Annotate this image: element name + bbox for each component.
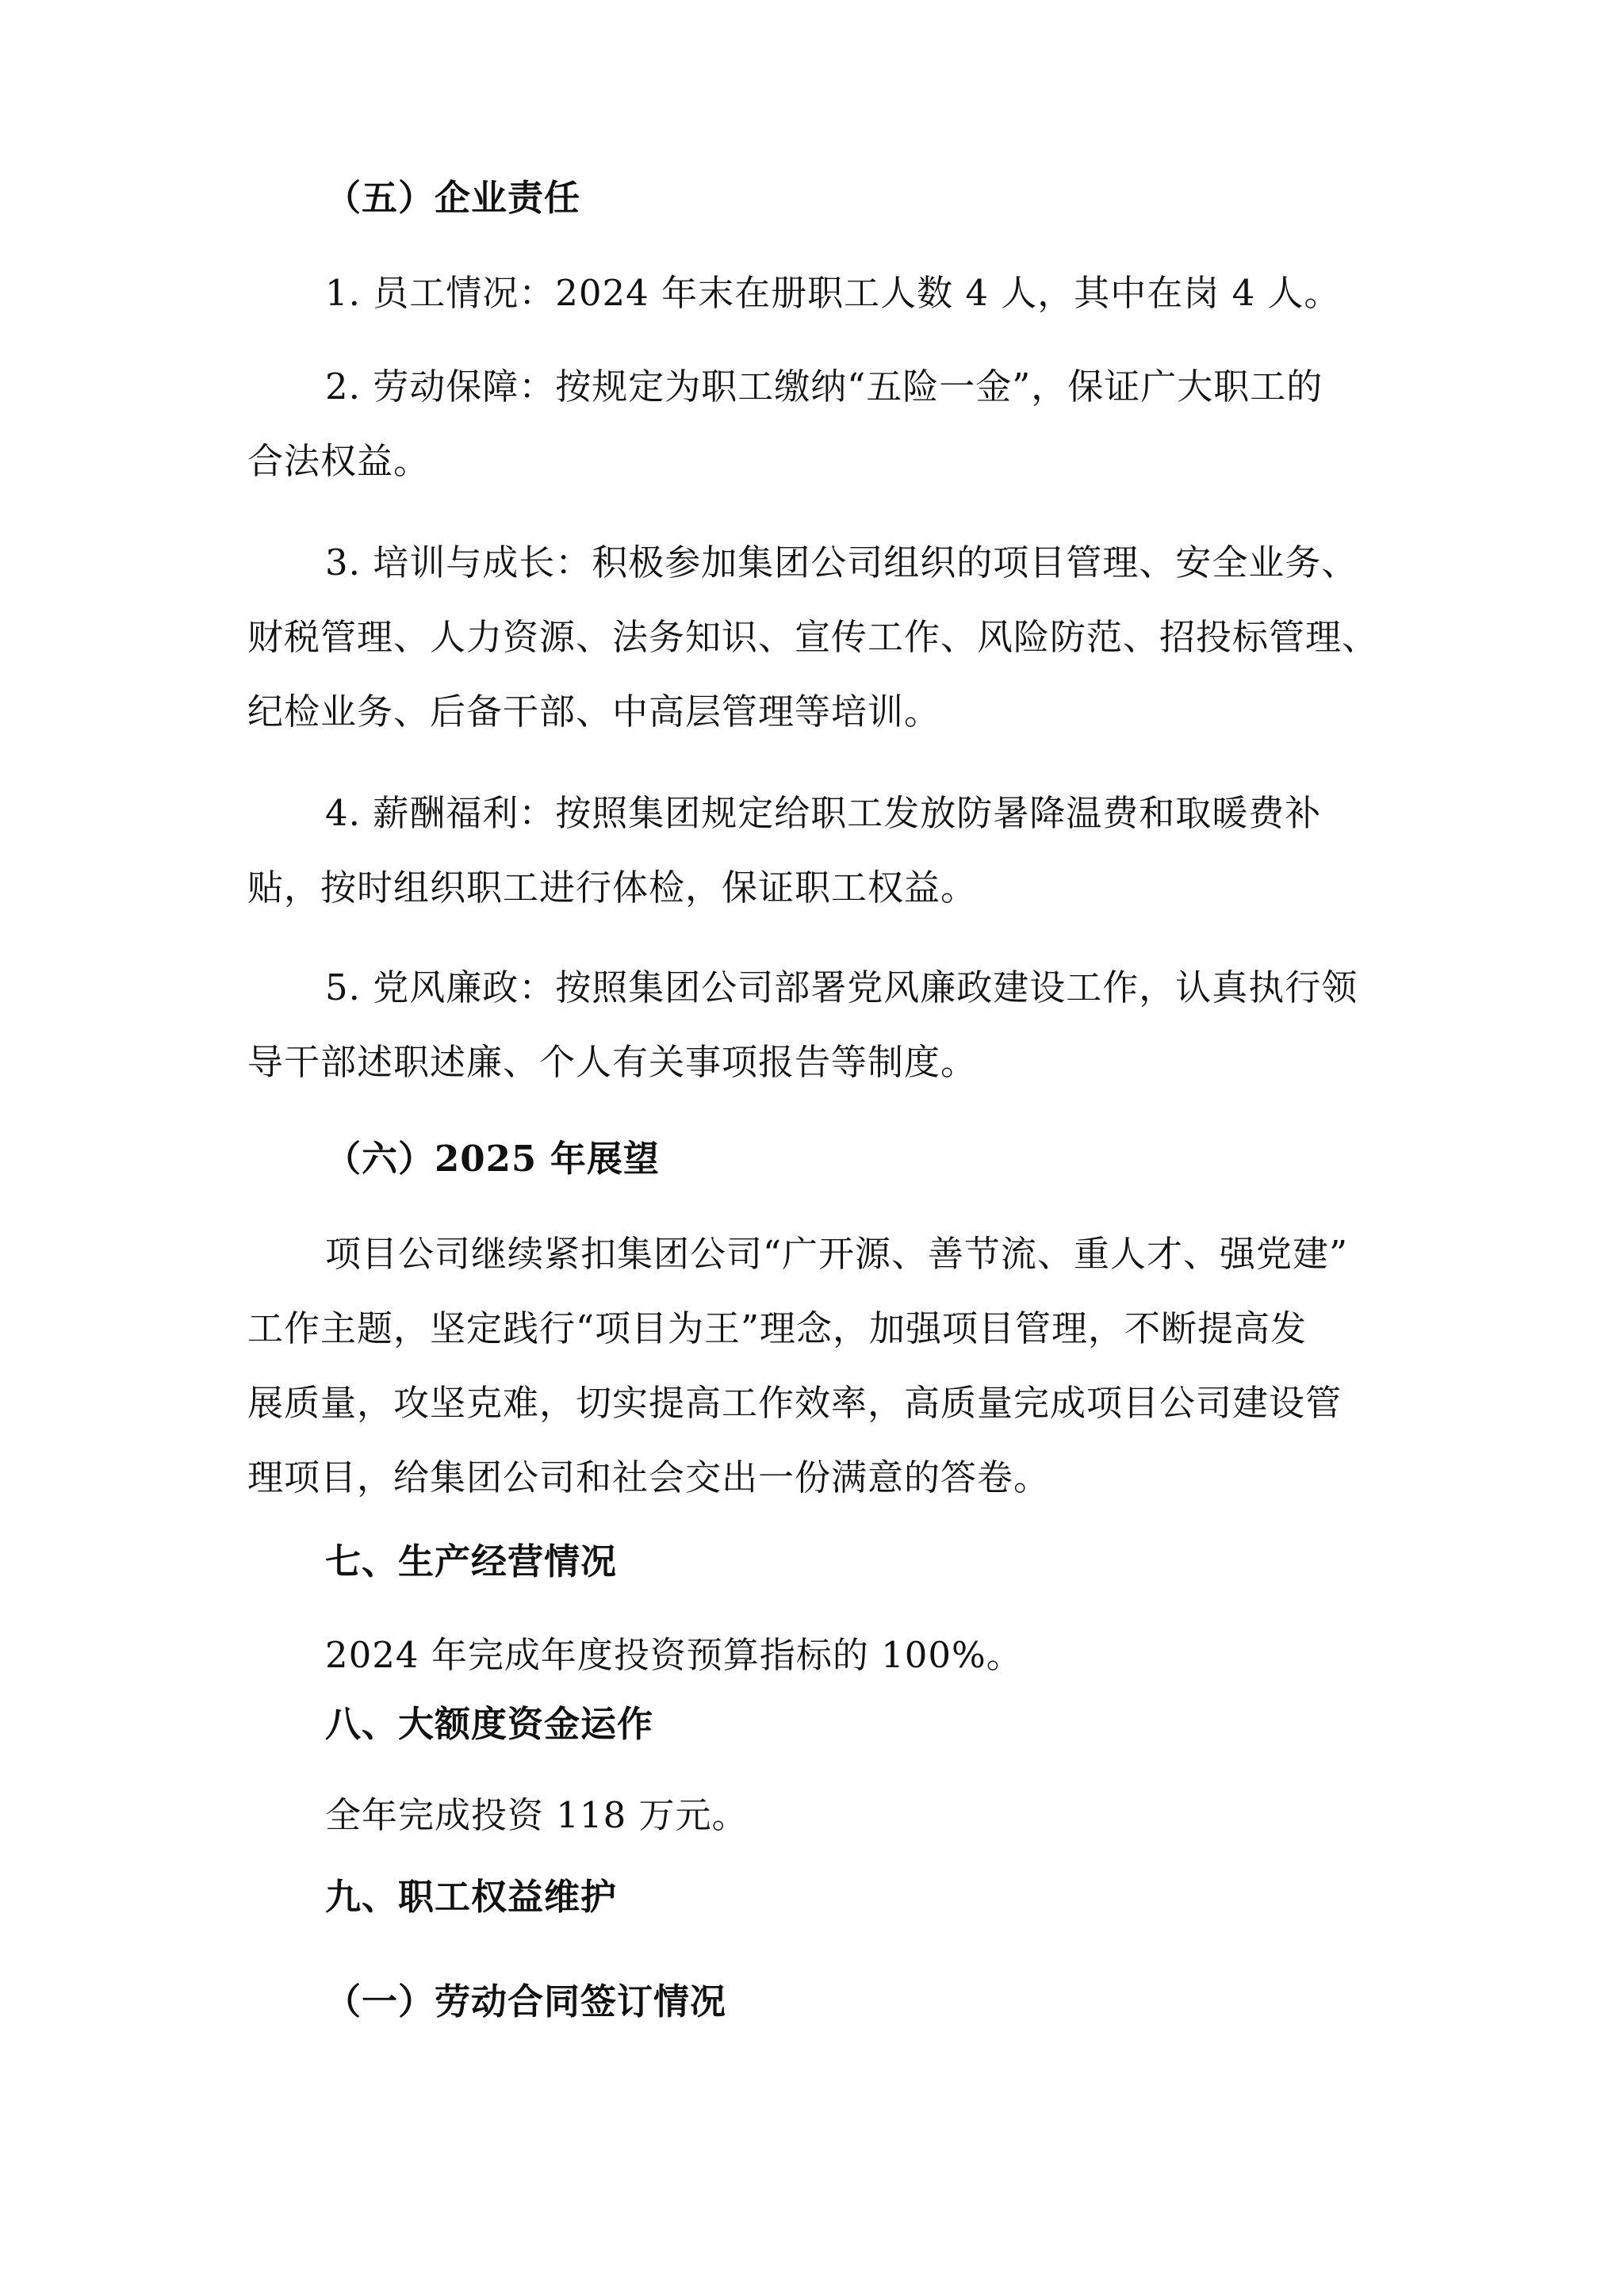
- paragraph-compensation-line-2: 贴，按时组织职工进行体检，保证职工权益。: [247, 864, 1381, 912]
- paragraph-integrity-line-2: 导干部述职述廉、个人有关事项报告等制度。: [247, 1039, 1381, 1086]
- paragraph-compensation-line-1: 4. 薪酬福利：按照集团规定给职工发放防暑降温费和取暖费补: [325, 790, 1381, 837]
- section-heading-2025-outlook: （六）2025 年展望: [325, 1135, 1459, 1183]
- paragraph-training-line-1: 3. 培训与成长：积极参加集团公司组织的项目管理、安全业务、: [325, 539, 1381, 587]
- paragraph-training-line-3: 纪检业务、后备干部、中高层管理等培训。: [247, 688, 1381, 736]
- paragraph-labor-protection-line-2: 合法权益。: [247, 438, 1381, 485]
- paragraph-training-line-2: 财税管理、人力资源、法务知识、宣传工作、风险防范、招投标管理、: [247, 614, 1381, 661]
- paragraph-outlook-line-1: 项目公司继续紧扣集团公司“广开源、善节流、重人才、强党建”: [325, 1230, 1381, 1278]
- section-heading-production-operations: 七、生产经营情况: [325, 1538, 1381, 1586]
- paragraph-outlook-line-3: 展质量，攻坚克难，切实提高工作效率，高质量完成项目公司建设管: [247, 1380, 1381, 1427]
- section-heading-labor-contracts: （一）劳动合同签订情况: [325, 1978, 1459, 2026]
- paragraph-outlook-line-2: 工作主题，坚定践行“项目为王”理念，加强项目管理，不断提高发: [247, 1305, 1381, 1353]
- paragraph-investment-budget: 2024 年完成年度投资预算指标的 100%。: [325, 1632, 1381, 1679]
- section-heading-employee-rights: 九、职工权益维护: [325, 1873, 1381, 1921]
- paragraph-labor-protection-line-1: 2. 劳动保障：按规定为职工缴纳“五险一金”，保证广大职工的: [325, 363, 1381, 411]
- paragraph-employee-status-line-1: 1. 员工情况：2024 年末在册职工人数 4 人，其中在岗 4 人。: [325, 270, 1381, 317]
- section-heading-large-fund-operations: 八、大额度资金运作: [325, 1701, 1381, 1748]
- section-heading-corporate-responsibility: （五）企业责任: [325, 174, 1459, 222]
- paragraph-outlook-line-4: 理项目，给集团公司和社会交出一份满意的答卷。: [247, 1454, 1381, 1502]
- paragraph-integrity-line-1: 5. 党风廉政：按照集团公司部署党风廉政建设工作，认真执行领: [325, 964, 1381, 1012]
- paragraph-annual-investment: 全年完成投资 118 万元。: [325, 1792, 1381, 1839]
